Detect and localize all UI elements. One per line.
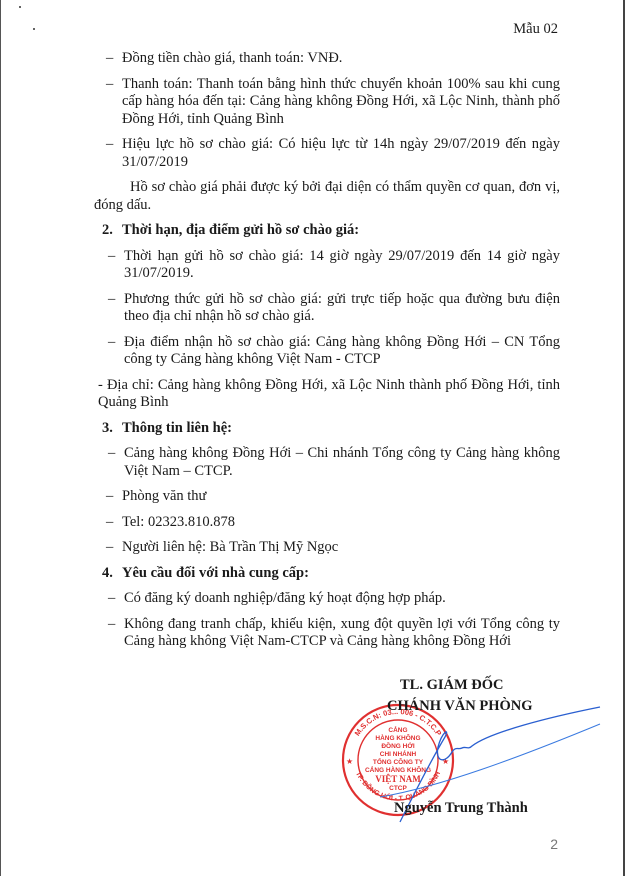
- list-item: – Người liên hệ: Bà Trần Thị Mỹ Ngọc: [98, 539, 560, 557]
- list-item: – Phòng văn thư: [98, 488, 560, 506]
- list-item: – Thanh toán: Thanh toán bằng hình thức …: [98, 76, 560, 129]
- scan-speck: [33, 28, 35, 30]
- bullet-dash: –: [106, 514, 113, 532]
- form-code: Mẫu 02: [513, 21, 558, 38]
- signing-note: Hồ sơ chào giá phải được ký bởi đại diện…: [94, 179, 560, 214]
- page-number: 2: [550, 836, 558, 852]
- bullet-dash: –: [108, 616, 115, 634]
- list-item: – Tel: 02323.810.878: [98, 514, 560, 532]
- section-heading: 4.Yêu cầu đối với nhà cung cấp:: [98, 565, 560, 583]
- bullet-dash: –: [108, 248, 115, 266]
- list-item: – Hiệu lực hồ sơ chào giá: Có hiệu lực t…: [98, 136, 560, 171]
- bullet-dash: –: [108, 590, 115, 608]
- section-heading: 3.Thông tin liên hệ:: [98, 420, 560, 438]
- section-heading: 2.Thời hạn, địa điểm gửi hồ sơ chào giá:: [98, 222, 560, 240]
- bullet-dash: –: [106, 76, 113, 94]
- list-item: – Cảng hàng không Đồng Hới – Chi nhánh T…: [98, 445, 560, 480]
- list-item: – Địa điểm nhận hồ sơ chào giá: Cảng hàn…: [98, 334, 560, 369]
- list-item: – Có đăng ký doanh nghiệp/đăng ký hoạt đ…: [98, 590, 560, 608]
- bullet-dash: –: [108, 291, 115, 309]
- signer-name: Nguyễn Trung Thành: [394, 800, 528, 817]
- scan-speck: [19, 6, 21, 8]
- bullet-dash: –: [106, 539, 113, 557]
- bullet-dash: –: [106, 488, 113, 506]
- list-item: – Phương thức gửi hồ sơ chào giá: gửi tr…: [98, 291, 560, 326]
- address-line: - Địa chỉ: Cảng hàng không Đồng Hới, xã …: [98, 377, 560, 412]
- signer-title: TL. GIÁM ĐỐC: [400, 677, 504, 694]
- list-item: – Thời hạn gửi hồ sơ chào giá: 14 giờ ng…: [98, 248, 560, 283]
- list-item: – Đồng tiền chào giá, thanh toán: VNĐ.: [98, 50, 560, 68]
- bullet-dash: –: [106, 50, 113, 68]
- bullet-dash: –: [106, 136, 113, 154]
- list-item: – Không đang tranh chấp, khiếu kiện, xun…: [98, 616, 560, 651]
- bullet-dash: –: [108, 334, 115, 352]
- document-body: – Đồng tiền chào giá, thanh toán: VNĐ. –…: [98, 50, 560, 659]
- bullet-dash: –: [108, 445, 115, 463]
